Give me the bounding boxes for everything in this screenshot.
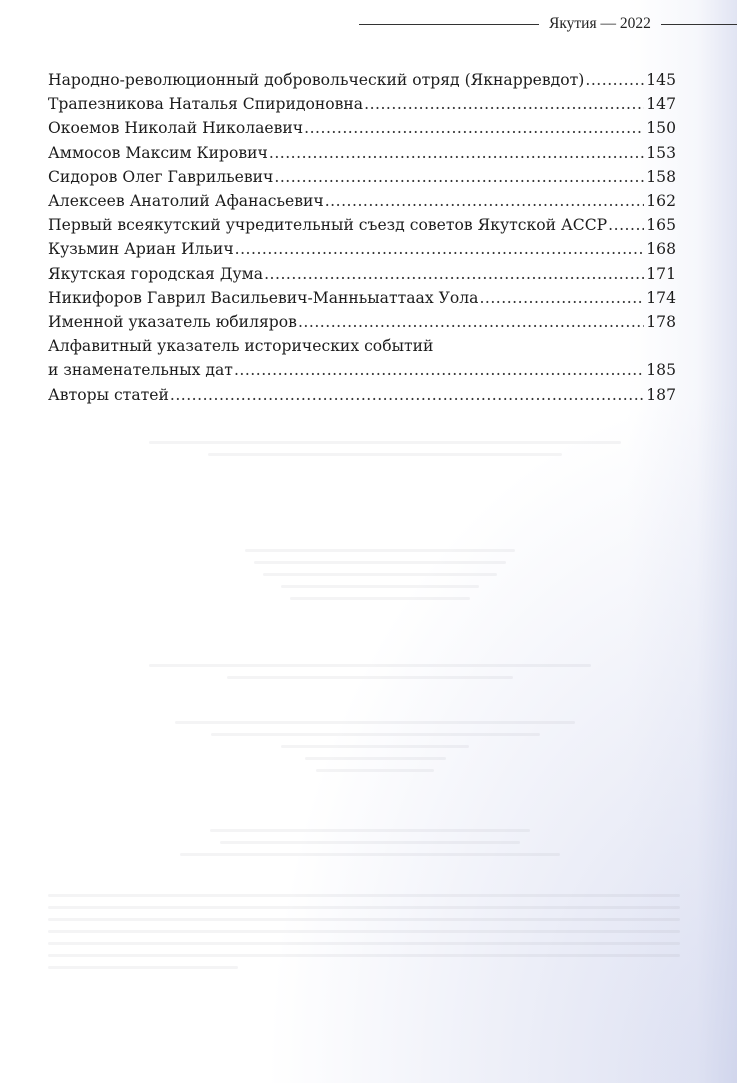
toc-entry-title: Сидоров Олег Гаврильевич <box>48 165 273 189</box>
toc-entry[interactable]: и знаменательных дат 185 <box>48 358 676 382</box>
dot-leader <box>298 310 644 334</box>
toc-entry-page: 171 <box>646 262 676 286</box>
toc-entry-page: 178 <box>646 310 676 334</box>
toc-entry-title: Первый всеякутский учредительный съезд с… <box>48 213 607 237</box>
toc-entry-page: 187 <box>646 383 676 407</box>
toc-entry-title: Народно-революционный добровольческий от… <box>48 68 584 92</box>
toc-entry-page: 185 <box>646 358 676 382</box>
toc-entry-page: 168 <box>646 237 676 261</box>
toc-entry-title: Алфавитный указатель исторических событи… <box>48 334 676 358</box>
dot-leader <box>235 237 645 261</box>
dot-leader <box>274 165 644 189</box>
toc-entry-title: Авторы статей <box>48 383 169 407</box>
dot-leader <box>304 116 644 140</box>
header-rule-right <box>661 24 737 25</box>
show-through-block <box>140 712 610 781</box>
toc-entry-title: Окоемов Николай Николаевич <box>48 116 303 140</box>
dot-leader <box>585 68 644 92</box>
header-rule-left <box>359 24 539 25</box>
toc-entry[interactable]: Народно-революционный добровольческий от… <box>48 68 676 92</box>
toc-entry[interactable]: Кузьмин Ариан Ильич 168 <box>48 237 676 261</box>
toc-entry-page: 153 <box>646 141 676 165</box>
toc-entry[interactable]: Трапезникова Наталья Спиридоновна 147 <box>48 92 676 116</box>
dot-leader <box>325 189 645 213</box>
toc-entry-page: 147 <box>646 92 676 116</box>
dot-leader <box>234 358 644 382</box>
toc-entry[interactable]: Никифоров Гаврил Васильевич-Манньыаттаах… <box>48 286 676 310</box>
toc-entry-page: 158 <box>646 165 676 189</box>
dot-leader <box>364 92 644 116</box>
show-through-block <box>90 432 680 465</box>
dot-leader <box>170 383 644 407</box>
toc-entry-page: 174 <box>646 286 676 310</box>
toc-entry-title: Трапезникова Наталья Спиридоновна <box>48 92 363 116</box>
toc-entry[interactable]: Аммосов Максим Кирович 153 <box>48 141 676 165</box>
show-through-block <box>48 885 680 978</box>
toc-entry[interactable]: Авторы статей 187 <box>48 383 676 407</box>
toc-entry-page: 145 <box>646 68 676 92</box>
toc-entry-title: Аммосов Максим Кирович <box>48 141 268 165</box>
toc-entry-title: Никифоров Гаврил Васильевич-Манньыаттаах… <box>48 286 478 310</box>
dot-leader <box>479 286 644 310</box>
toc-entry[interactable]: Сидоров Олег Гаврильевич 158 <box>48 165 676 189</box>
toc-entry-title: Кузьмин Ариан Ильич <box>48 237 234 261</box>
dot-leader <box>269 141 644 165</box>
running-head: Якутия — 2022 <box>359 14 737 34</box>
show-through-block <box>110 655 630 688</box>
dot-leader <box>608 213 644 237</box>
table-of-contents: Народно-революционный добровольческий от… <box>48 68 676 407</box>
toc-entry[interactable]: Именной указатель юбиляров 178 <box>48 310 676 334</box>
toc-entry[interactable]: Алексеев Анатолий Афанасьевич 162 <box>48 189 676 213</box>
show-through-block <box>200 540 560 609</box>
toc-entry-page: 162 <box>646 189 676 213</box>
toc-entry[interactable]: Первый всеякутский учредительный съезд с… <box>48 213 676 237</box>
toc-entry-first-line[interactable]: Алфавитный указатель исторических событи… <box>48 334 676 358</box>
toc-entry-page: 165 <box>646 213 676 237</box>
toc-entry-title: Алексеев Анатолий Афанасьевич <box>48 189 324 213</box>
toc-entry-title: Именной указатель юбиляров <box>48 310 297 334</box>
toc-entry-title-continued: и знаменательных дат <box>48 358 233 382</box>
toc-entry-title: Якутская городская Дума <box>48 262 263 286</box>
dot-leader <box>264 262 644 286</box>
toc-entry[interactable]: Окоемов Николай Николаевич 150 <box>48 116 676 140</box>
toc-entry-page: 150 <box>646 116 676 140</box>
toc-entry[interactable]: Якутская городская Дума 171 <box>48 262 676 286</box>
running-head-title: Якутия — 2022 <box>549 15 651 33</box>
show-through-block <box>170 820 570 865</box>
